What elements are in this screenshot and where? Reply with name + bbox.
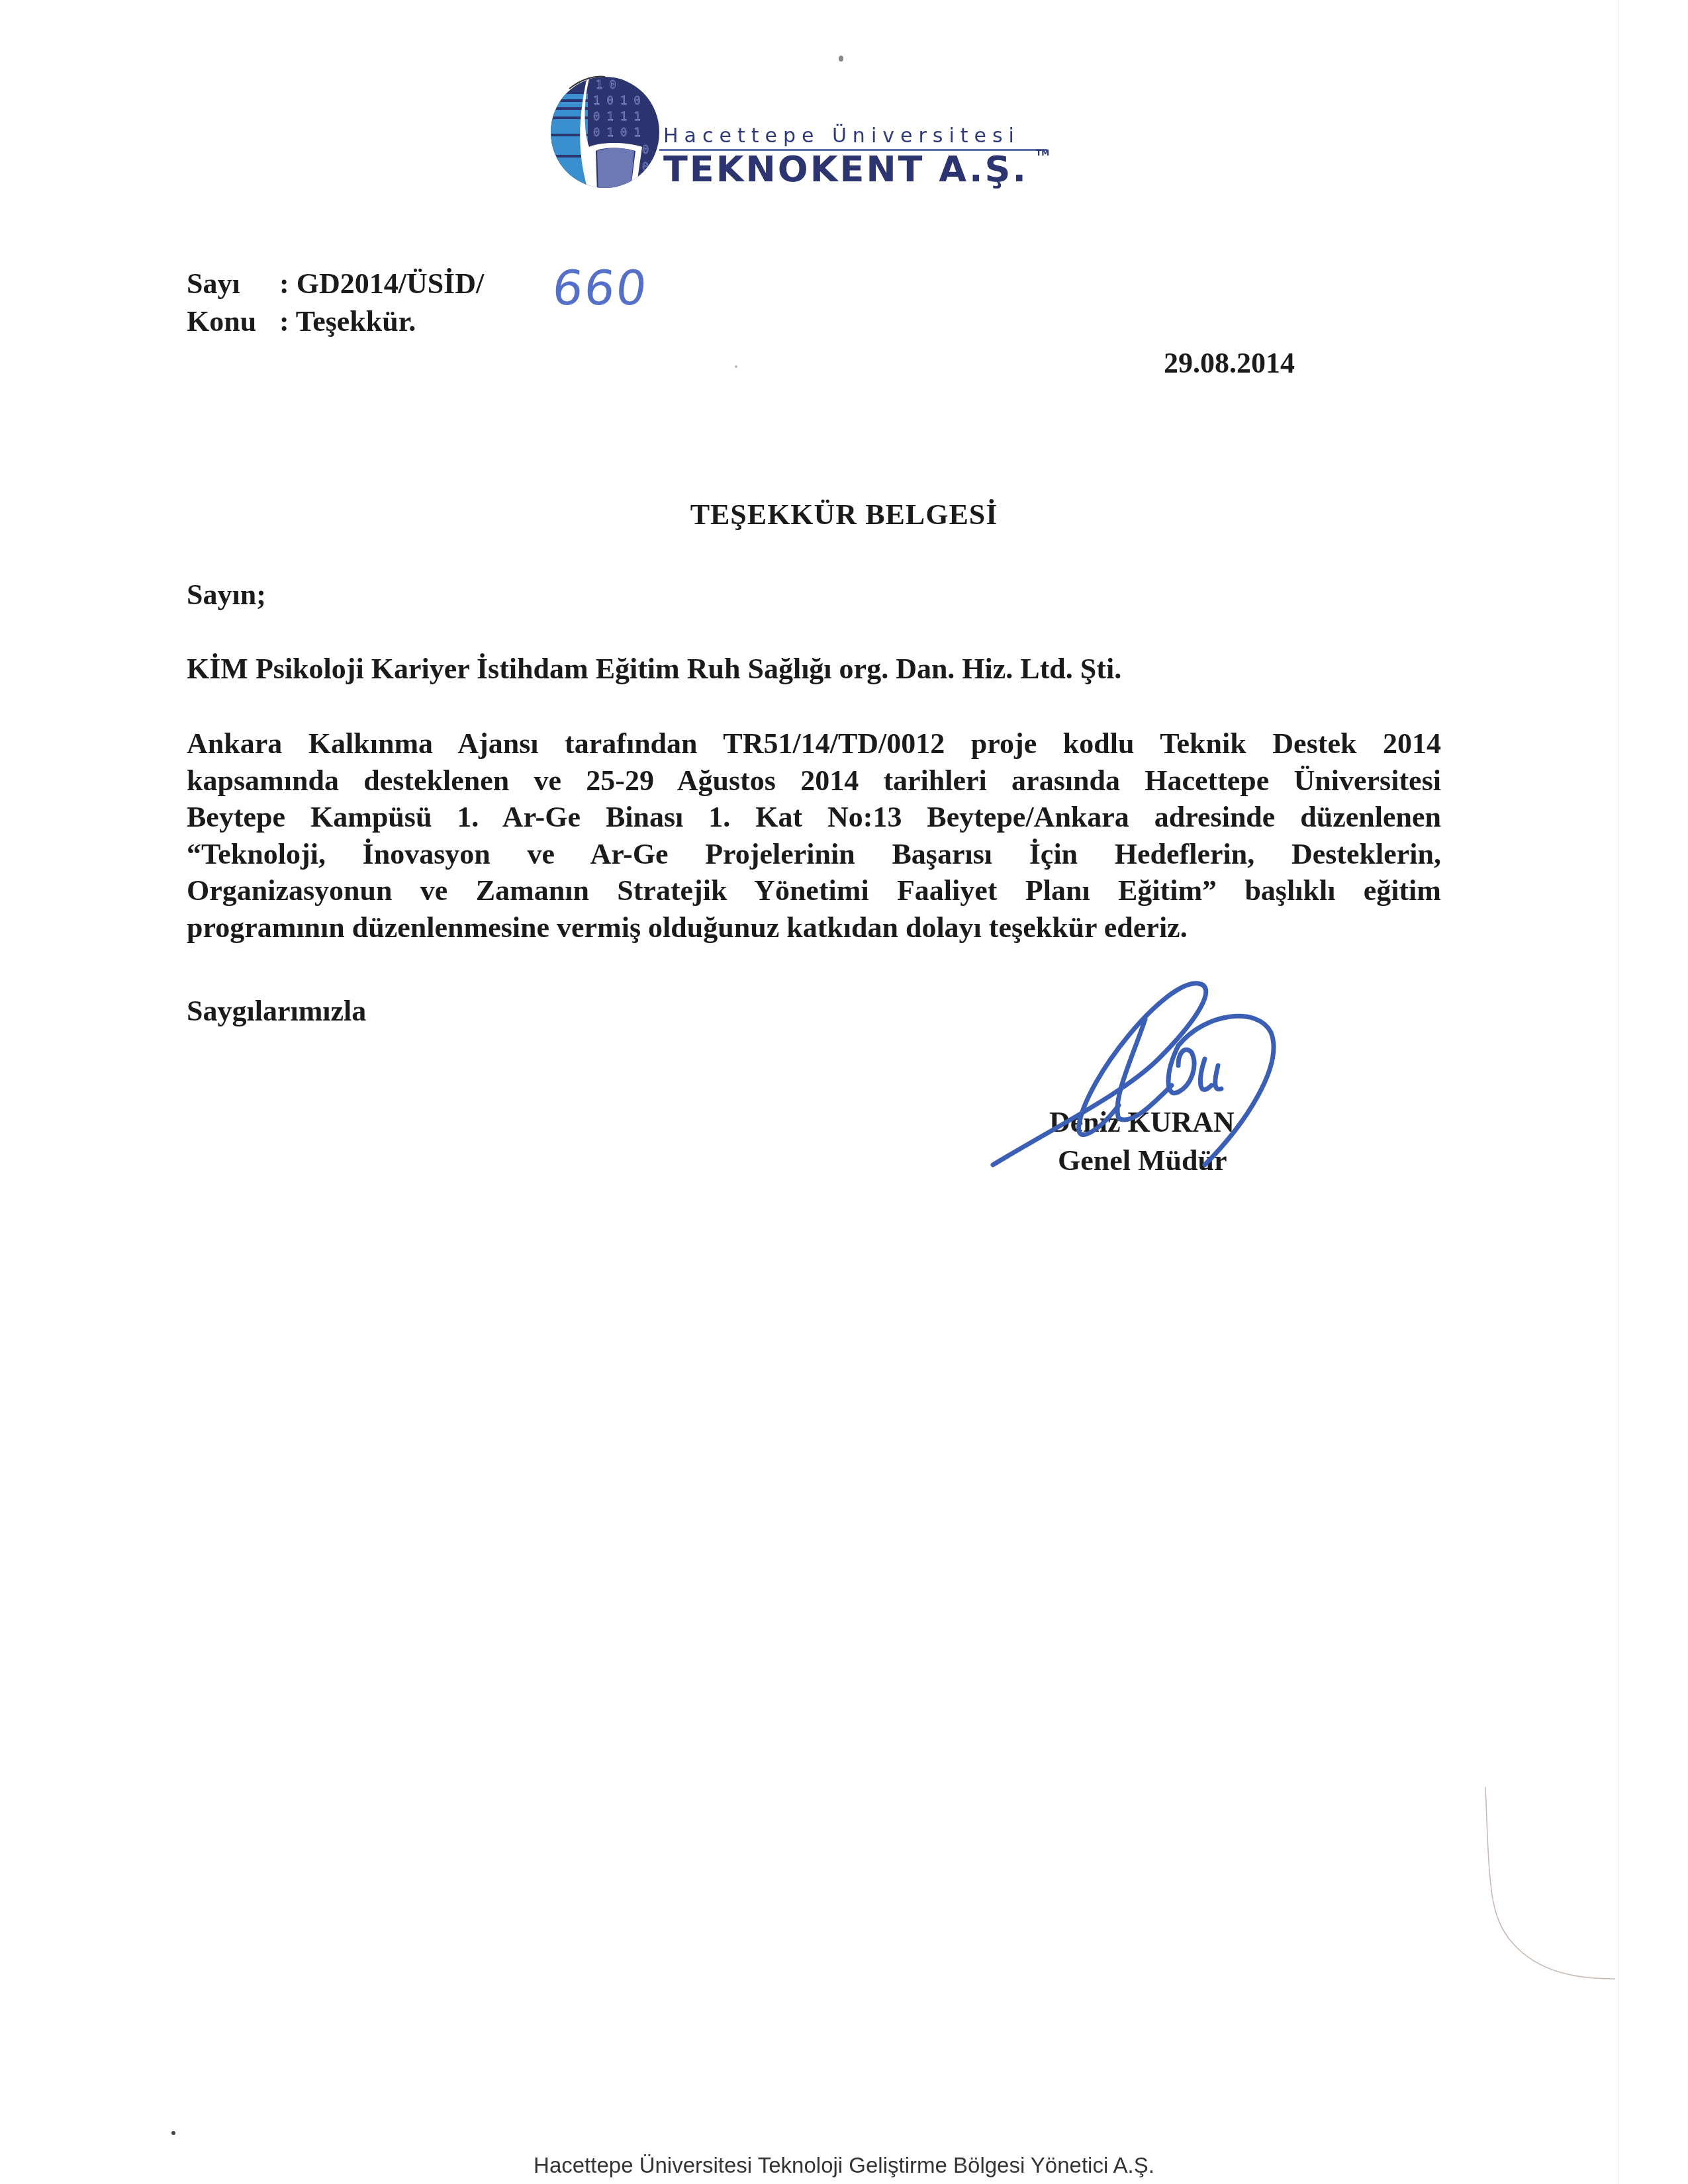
body-line: kapsamında desteklenen ve 25-29 Ağustos … (187, 762, 1441, 799)
document-date: 29.08.2014 (1164, 346, 1295, 380)
logo-university-text: Hacettepe Üniversitesi (663, 124, 1020, 148)
footer-company: Hacettepe Üniversitesi Teknoloji Gelişti… (0, 2153, 1688, 2178)
logo-trademark: TM (1036, 148, 1049, 158)
body-line: Organizasyonun ve Zamanın Stratejik Yöne… (187, 872, 1441, 909)
document-title: TEŞEKKÜR BELGESİ (0, 498, 1688, 531)
sayi-label: Sayı (187, 267, 279, 300)
svg-text:1 0: 1 0 (596, 79, 616, 92)
body-line: programının düzenlenmesine vermiş olduğu… (187, 909, 1441, 946)
signatory-name: Deniz KURAN (1049, 1105, 1235, 1139)
konu-label: Konu (187, 304, 279, 338)
handwritten-number: 660 (550, 260, 651, 316)
svg-text:0: 0 (642, 144, 649, 157)
body-line: Beytepe Kampüsü 1. Ar-Ge Binası 1. Kat N… (187, 799, 1441, 836)
konu-value: : Teşekkür. (279, 305, 416, 338)
scan-speck (839, 56, 843, 62)
body-paragraph: Ankara Kalkınma Ajansı tarafından TR51/1… (187, 725, 1441, 946)
signatory-title: Genel Müdür (1058, 1144, 1227, 1177)
sayi-value: : GD2014/ÜSİD/ (279, 267, 484, 300)
svg-text:0: 0 (642, 161, 649, 174)
salutation: Sayın; (187, 578, 266, 612)
scan-speck (171, 2131, 175, 2135)
svg-text:0 1 1 1: 0 1 1 1 (593, 111, 641, 124)
svg-text:0 1 0 1: 0 1 0 1 (593, 126, 641, 140)
recipient-name: KİM Psikoloji Kariyer İstihdam Eğitim Ru… (187, 652, 1121, 686)
svg-text:1 0 1 0: 1 0 1 0 (593, 95, 641, 108)
konu-row: Konu: Teşekkür. (187, 304, 416, 338)
body-line: “Teknoloji, İnovasyon ve Ar-Ge Projeleri… (187, 836, 1441, 873)
scan-speck (735, 365, 737, 368)
sayi-row: Sayı: GD2014/ÜSİD/ (187, 267, 484, 300)
body-line: Ankara Kalkınma Ajansı tarafından TR51/1… (187, 725, 1441, 762)
logo-emblem-icon: 1 0 1 0 1 0 0 1 1 1 0 1 0 1 0 0 (549, 74, 662, 193)
scan-corner-mark (1483, 1780, 1615, 1992)
teknokent-logo: 1 0 1 0 1 0 0 1 1 1 0 1 0 1 0 0 Hacettep… (549, 74, 1053, 193)
logo-brand-text: TEKNOKENT A.Ş. (663, 148, 1028, 190)
scan-edge-line (1618, 0, 1619, 2184)
closing-phrase: Saygılarımızla (187, 994, 366, 1028)
